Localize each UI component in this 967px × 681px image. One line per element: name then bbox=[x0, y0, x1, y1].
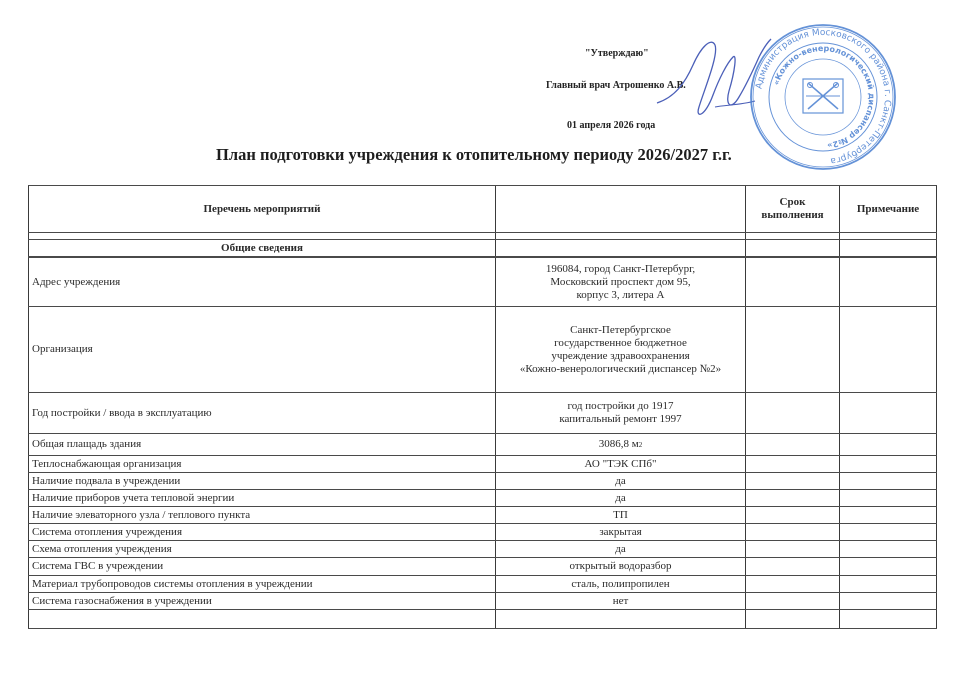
header-value bbox=[495, 186, 745, 232]
row-label: Теплоснабжающая организация bbox=[28, 456, 495, 472]
table-row: Год постройки / ввода в эксплуатациюгод … bbox=[28, 393, 937, 434]
row-label: Наличие элеваторного узла / теплового пу… bbox=[28, 507, 495, 523]
row-note bbox=[839, 507, 937, 523]
row-value-text: ТП bbox=[613, 509, 628, 522]
row-note bbox=[839, 610, 937, 628]
header-term: Срок выполнения bbox=[745, 186, 839, 232]
table-row: ОрганизацияСанкт-Петербургскоегосударств… bbox=[28, 307, 937, 393]
row-term bbox=[745, 393, 839, 433]
row-value: АО "ТЭК СПб" bbox=[495, 456, 745, 472]
row-value-line: Санкт-Петербургское bbox=[570, 324, 671, 337]
row-value: да bbox=[495, 490, 745, 506]
row-value-line: государственное бюджетное bbox=[554, 337, 687, 350]
row-label: Наличие приборов учета тепловой энергии bbox=[28, 490, 495, 506]
row-term bbox=[745, 593, 839, 609]
row-term bbox=[745, 307, 839, 392]
row-label: Система газоснабжения в учреждении bbox=[28, 593, 495, 609]
row-value-line: 196084, город Санкт-Петербург, bbox=[546, 263, 695, 276]
spacer-cell bbox=[495, 233, 745, 239]
row-value: Санкт-Петербургскоегосударственное бюдже… bbox=[495, 307, 745, 392]
table-row: Система газоснабжения в учреждениинет bbox=[28, 593, 937, 610]
row-value: сталь, полипропилен bbox=[495, 576, 745, 592]
row-value: 196084, город Санкт-Петербург,Московский… bbox=[495, 258, 745, 306]
row-note bbox=[839, 258, 937, 306]
row-label: Год постройки / ввода в эксплуатацию bbox=[28, 393, 495, 433]
table-row: Материал трубопроводов системы отопления… bbox=[28, 576, 937, 593]
row-label: Адрес учреждения bbox=[28, 258, 495, 306]
approval-date: 01 апреля 2026 года bbox=[567, 120, 655, 131]
row-value: да bbox=[495, 473, 745, 489]
spacer-row bbox=[28, 233, 937, 240]
section-cell bbox=[839, 240, 937, 256]
row-value: год постройки до 1917капитальный ремонт … bbox=[495, 393, 745, 433]
row-value: 3086,8 м2 bbox=[495, 434, 745, 455]
row-note bbox=[839, 393, 937, 433]
row-value bbox=[495, 610, 745, 628]
table-row: Общая плащадь здания3086,8 м2 bbox=[28, 434, 937, 456]
row-label: Система ГВС в учреждении bbox=[28, 558, 495, 575]
header-term-line2: выполнения bbox=[761, 209, 823, 222]
row-value-line: год постройки до 1917 bbox=[568, 400, 674, 413]
table-row: Наличие элеваторного узла / теплового пу… bbox=[28, 507, 937, 524]
header-activities: Перечень мероприятий bbox=[28, 186, 495, 232]
row-term bbox=[745, 490, 839, 506]
document-title: План подготовки учреждения к отопительно… bbox=[216, 145, 732, 165]
row-label: Наличие подвала в учреждении bbox=[28, 473, 495, 489]
row-label: Материал трубопроводов системы отопления… bbox=[28, 576, 495, 592]
row-term bbox=[745, 434, 839, 455]
row-note bbox=[839, 576, 937, 592]
row-label: Общая плащадь здания bbox=[28, 434, 495, 455]
section-row: Общие сведения bbox=[28, 240, 937, 257]
spacer-cell bbox=[745, 233, 839, 239]
row-note bbox=[839, 490, 937, 506]
plan-table: Перечень мероприятий Срок выполнения При… bbox=[28, 185, 937, 629]
table-row: Наличие приборов учета тепловой энергиид… bbox=[28, 490, 937, 507]
row-value-line: корпус 3, литера А bbox=[577, 289, 665, 302]
row-value-line: капитальный ремонт 1997 bbox=[559, 413, 681, 426]
row-value: да bbox=[495, 541, 745, 557]
row-label bbox=[28, 610, 495, 628]
row-term bbox=[745, 473, 839, 489]
row-term bbox=[745, 507, 839, 523]
row-value-line: учреждение здравоохранения bbox=[551, 350, 689, 363]
row-value-text: закрытая bbox=[599, 526, 641, 539]
row-value: закрытая bbox=[495, 524, 745, 540]
row-value: нет bbox=[495, 593, 745, 609]
row-note bbox=[839, 524, 937, 540]
approval-title: "Утверждаю" bbox=[585, 48, 649, 59]
row-term bbox=[745, 258, 839, 306]
header-term-line1: Срок bbox=[780, 196, 806, 209]
row-term bbox=[745, 524, 839, 540]
table-row: Теплоснабжающая организацияАО "ТЭК СПб" bbox=[28, 456, 937, 473]
spacer-cell bbox=[839, 233, 937, 239]
row-term bbox=[745, 610, 839, 628]
row-label: Система отопления учреждения bbox=[28, 524, 495, 540]
row-value-line: «Кожно-венерологический диспансер №2» bbox=[520, 363, 721, 376]
row-note bbox=[839, 434, 937, 455]
row-value: ТП bbox=[495, 507, 745, 523]
spacer-cell bbox=[28, 233, 495, 239]
section-cell bbox=[745, 240, 839, 256]
row-value-text: нет bbox=[613, 595, 629, 608]
row-note bbox=[839, 307, 937, 392]
table-row: Адрес учреждения196084, город Санкт-Пете… bbox=[28, 257, 937, 307]
row-label: Организация bbox=[28, 307, 495, 392]
row-label: Схема отопления учреждения bbox=[28, 541, 495, 557]
row-term bbox=[745, 541, 839, 557]
row-note bbox=[839, 456, 937, 472]
row-value-text: 3086,8 м bbox=[599, 438, 639, 451]
row-value-text: открытый водоразбор bbox=[570, 560, 672, 573]
table-row: Наличие подвала в учреждениида bbox=[28, 473, 937, 490]
row-note bbox=[839, 541, 937, 557]
row-note bbox=[839, 558, 937, 575]
table-row: Система ГВС в учрежденииоткрытый водораз… bbox=[28, 558, 937, 576]
row-value-text: АО "ТЭК СПб" bbox=[584, 458, 656, 471]
table-row bbox=[28, 610, 937, 629]
row-value-text: да bbox=[615, 475, 625, 488]
header-note: Примечание bbox=[839, 186, 937, 232]
row-value: открытый водоразбор bbox=[495, 558, 745, 575]
row-value-text: да bbox=[615, 543, 625, 556]
row-note bbox=[839, 593, 937, 609]
row-term bbox=[745, 456, 839, 472]
row-term bbox=[745, 576, 839, 592]
table-header-row: Перечень мероприятий Срок выполнения При… bbox=[28, 185, 937, 233]
row-value-line: Московский проспект дом 95, bbox=[550, 276, 690, 289]
table-row: Схема отопления учрежденияда bbox=[28, 541, 937, 558]
stamp-icon: Администрация Московского района г. Санк… bbox=[748, 22, 898, 172]
section-cell bbox=[495, 240, 745, 256]
row-value-text: сталь, полипропилен bbox=[571, 578, 669, 591]
table-row: Система отопления учреждениязакрытая bbox=[28, 524, 937, 541]
section-title: Общие сведения bbox=[28, 240, 495, 256]
row-note bbox=[839, 473, 937, 489]
row-term bbox=[745, 558, 839, 575]
row-value-text: да bbox=[615, 492, 625, 505]
